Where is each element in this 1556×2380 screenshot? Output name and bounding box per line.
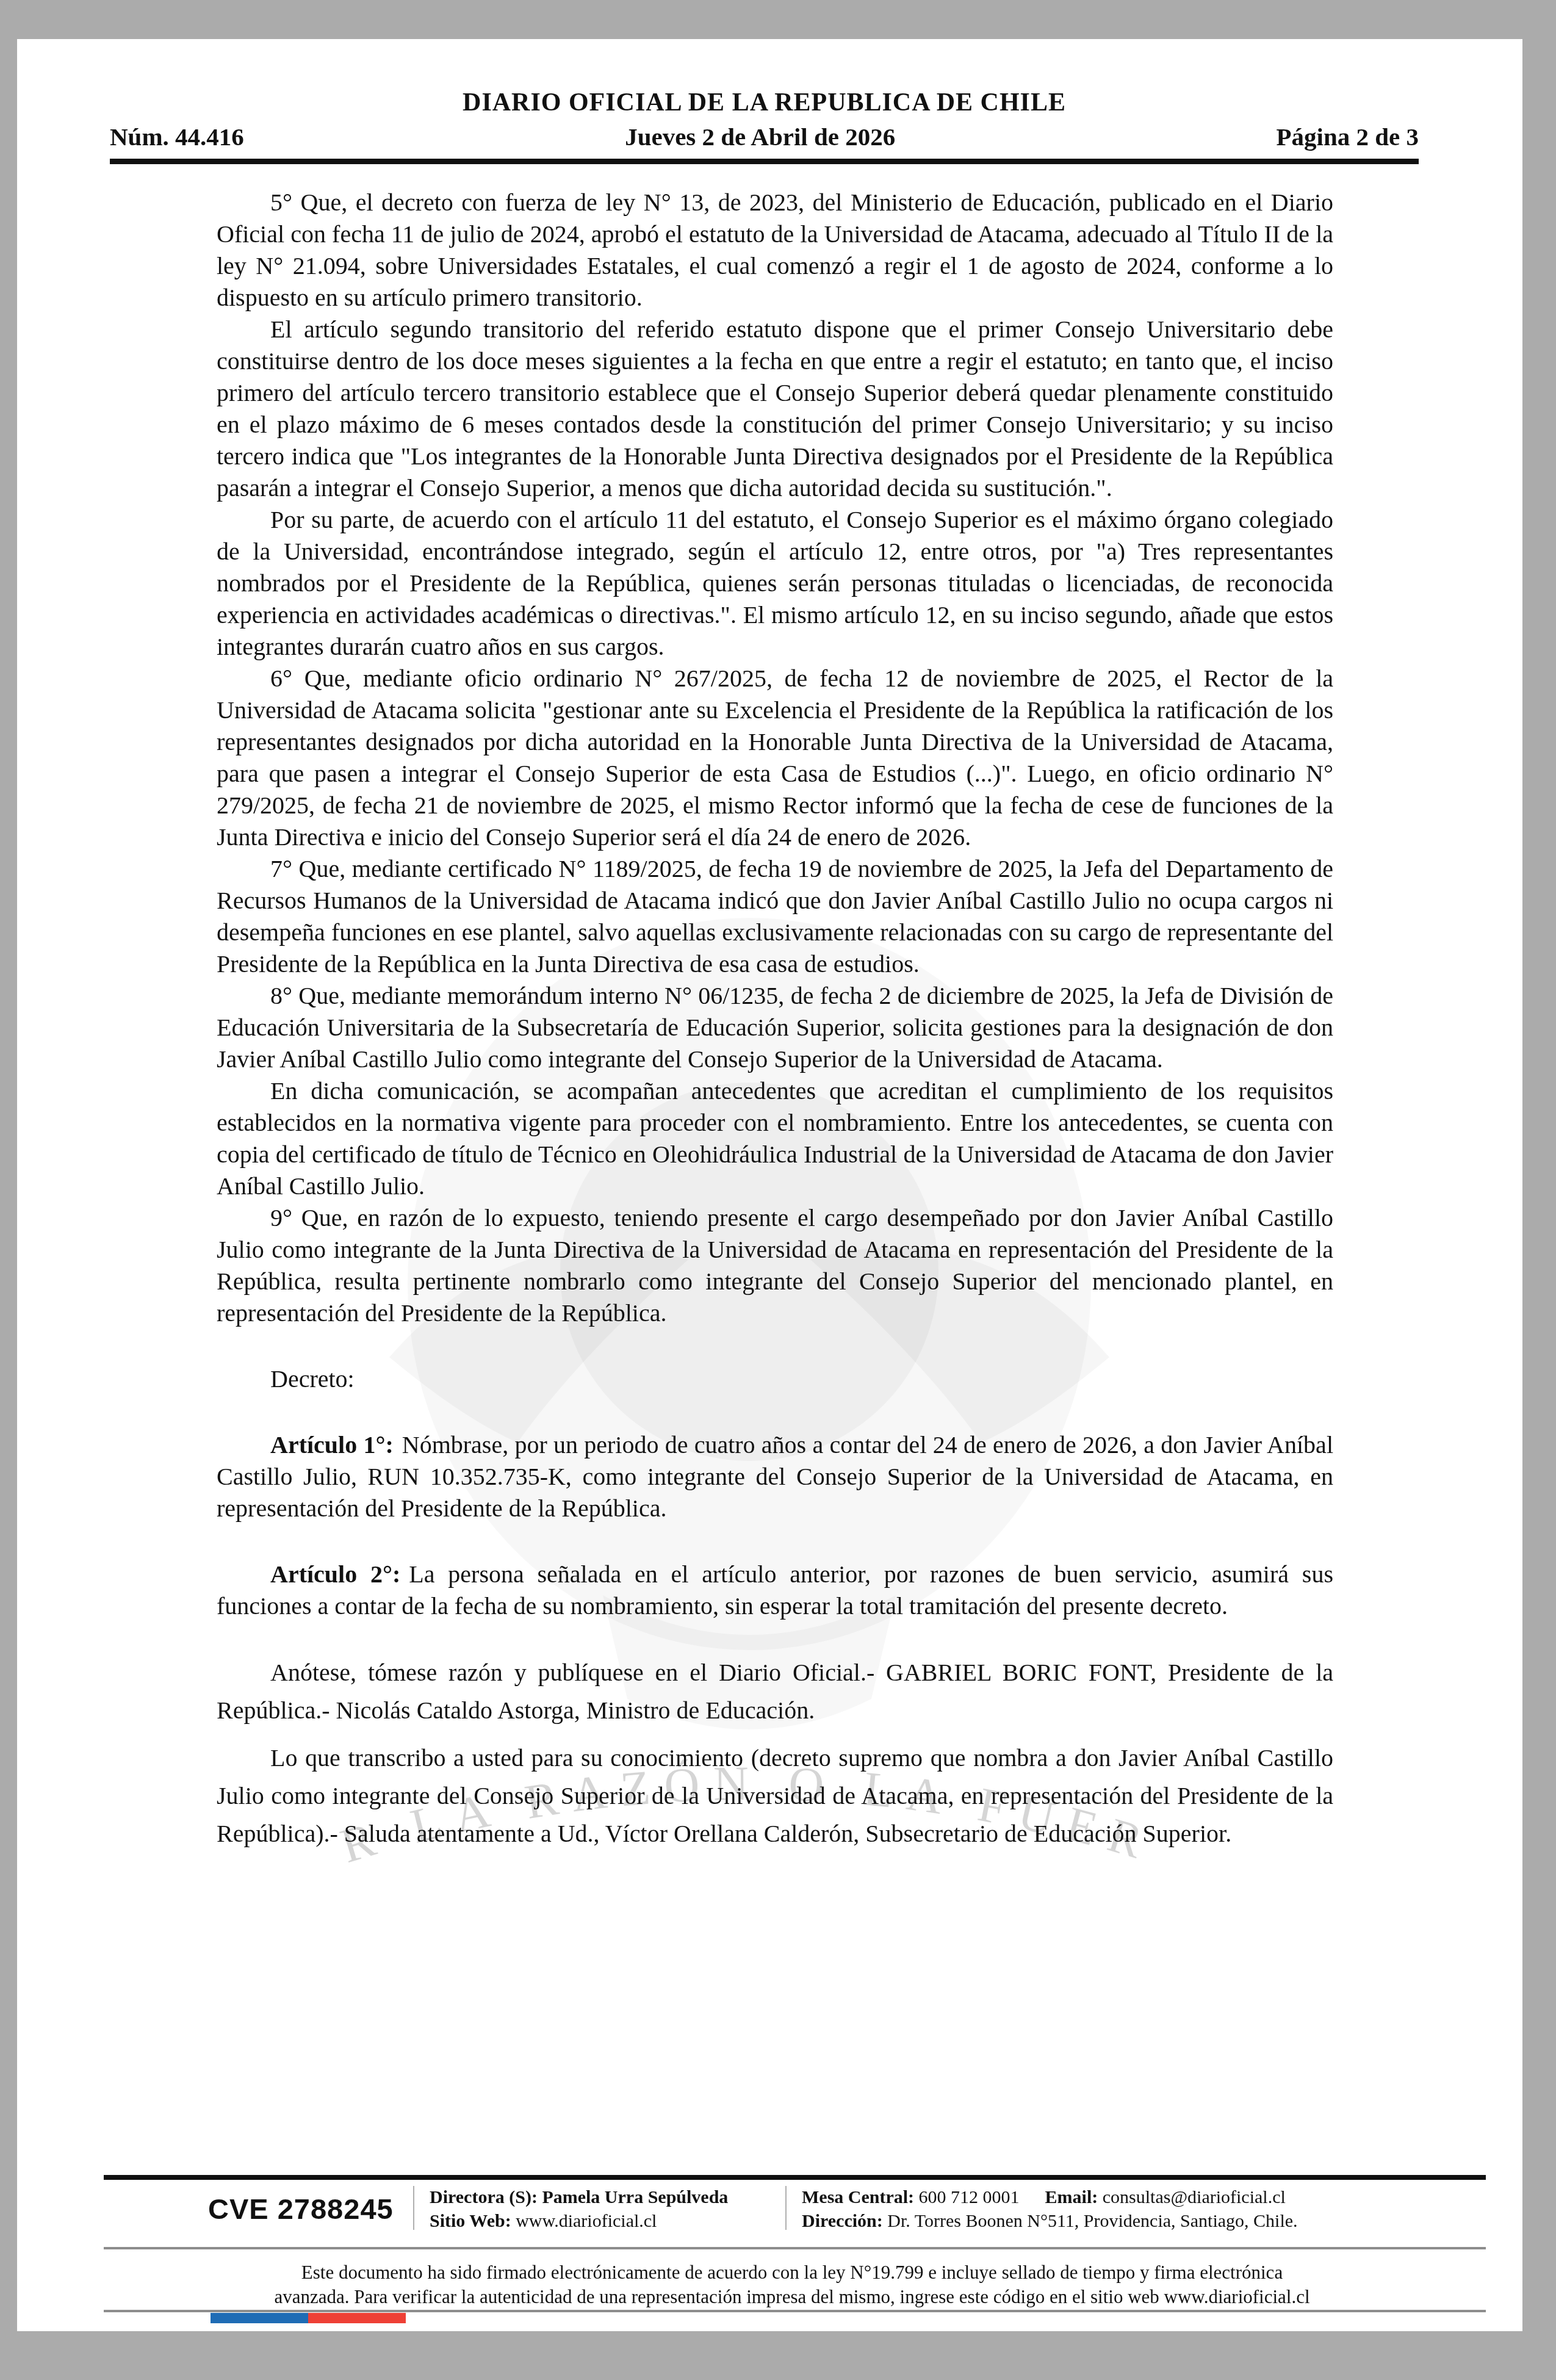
articulo-1: Artículo 1°:Nómbrase, por un periodo de …	[217, 1429, 1333, 1524]
page-header: DIARIO OFICIAL DE LA REPUBLICA DE CHILE …	[110, 88, 1419, 164]
paragraph-7-que: 7° Que, mediante certificado N° 1189/202…	[217, 853, 1333, 980]
paragraph-6-que: 6° Que, mediante oficio ordinario N° 267…	[217, 663, 1333, 853]
phone-value: 600 712 0001	[919, 2187, 1020, 2207]
disclaimer-line-2: avanzada. Para verificar la autenticidad…	[200, 2285, 1384, 2309]
website-label: Sitio Web:	[430, 2211, 511, 2231]
header-rule	[110, 159, 1419, 164]
paragraph-anotese: Anótese, tómese razón y publíquese en el…	[217, 1654, 1333, 1729]
footer-contact-column: Mesa Central: 600 712 0001Email: consult…	[802, 2185, 1298, 2233]
page-indicator: Página 2 de 3	[1277, 122, 1419, 151]
phone-email-line: Mesa Central: 600 712 0001Email: consult…	[802, 2185, 1298, 2209]
paragraph-8-que: 8° Que, mediante memorándum interno N° 0…	[217, 980, 1333, 1075]
articulo-2-label: Artículo 2°:	[270, 1560, 400, 1588]
footer-divider-1	[413, 2186, 414, 2230]
address-label: Dirección:	[802, 2211, 883, 2231]
paragraph-por-su-parte: Por su parte, de acuerdo con el artículo…	[217, 504, 1333, 663]
flag-red-half	[308, 2313, 406, 2323]
issue-date: Jueves 2 de Abril de 2026	[625, 122, 895, 151]
phone-label: Mesa Central:	[802, 2187, 914, 2207]
director-value: Pamela Urra Sepúlveda	[542, 2187, 728, 2207]
director-label: Directora (S):	[430, 2187, 538, 2207]
header-meta-row: Núm. 44.416 Jueves 2 de Abril de 2026 Pá…	[110, 122, 1419, 151]
paragraph-5-que: 5° Que, el decreto con fuerza de ley N° …	[217, 187, 1333, 314]
paragraph-9-que: 9° Que, en razón de lo expuesto, teniend…	[217, 1202, 1333, 1329]
email-label: Email:	[1045, 2187, 1098, 2207]
website-value: www.diarioficial.cl	[516, 2211, 657, 2231]
decree-body: 5° Que, el decreto con fuerza de ley N° …	[217, 187, 1333, 1853]
director-line: Directora (S): Pamela Urra Sepúlveda	[430, 2185, 728, 2209]
page-bottom-rule	[104, 2310, 1486, 2312]
paragraph-articulo-segundo-transitorio: El artículo segundo transitorio del refe…	[217, 314, 1333, 504]
viewer-canvas: { "header": { "newspaper_title": "DIARIO…	[0, 0, 1556, 2380]
website-line: Sitio Web: www.diarioficial.cl	[430, 2209, 728, 2233]
articulo-1-label: Artículo 1°:	[270, 1431, 394, 1459]
address-line: Dirección: Dr. Torres Boonen N°511, Prov…	[802, 2209, 1298, 2233]
signature-disclaimer: Este documento ha sido firmado electróni…	[200, 2260, 1384, 2309]
flag-blue-half	[211, 2313, 308, 2323]
paragraph-lo-que-transcribo: Lo que transcribo a usted para su conoci…	[217, 1739, 1333, 1853]
disclaimer-line-1: Este documento ha sido firmado electróni…	[200, 2260, 1384, 2285]
chile-flag-mark	[211, 2313, 406, 2323]
decreto-label: Decreto:	[217, 1363, 1333, 1395]
issue-number: Núm. 44.416	[110, 122, 244, 151]
footer-divider-2	[785, 2186, 787, 2230]
address-value: Dr. Torres Boonen N°511, Providencia, Sa…	[887, 2211, 1297, 2231]
footer-top-rule	[104, 2175, 1486, 2180]
document-page: POR LA RAZÓN O LA FUERZA DIARIO OFICIAL …	[17, 39, 1522, 2331]
email-value: consultas@diarioficial.cl	[1103, 2187, 1286, 2207]
footer-director-column: Directora (S): Pamela Urra Sepúlveda Sit…	[430, 2185, 728, 2233]
articulo-2: Artículo 2°:La persona señalada en el ar…	[217, 1559, 1333, 1622]
paragraph-en-dicha-comunicacion: En dicha comunicación, se acompañan ante…	[217, 1075, 1333, 1202]
newspaper-title: DIARIO OFICIAL DE LA REPUBLICA DE CHILE	[110, 88, 1419, 117]
disclaimer-top-rule	[104, 2247, 1486, 2249]
cve-code: CVE 2788245	[208, 2192, 394, 2226]
